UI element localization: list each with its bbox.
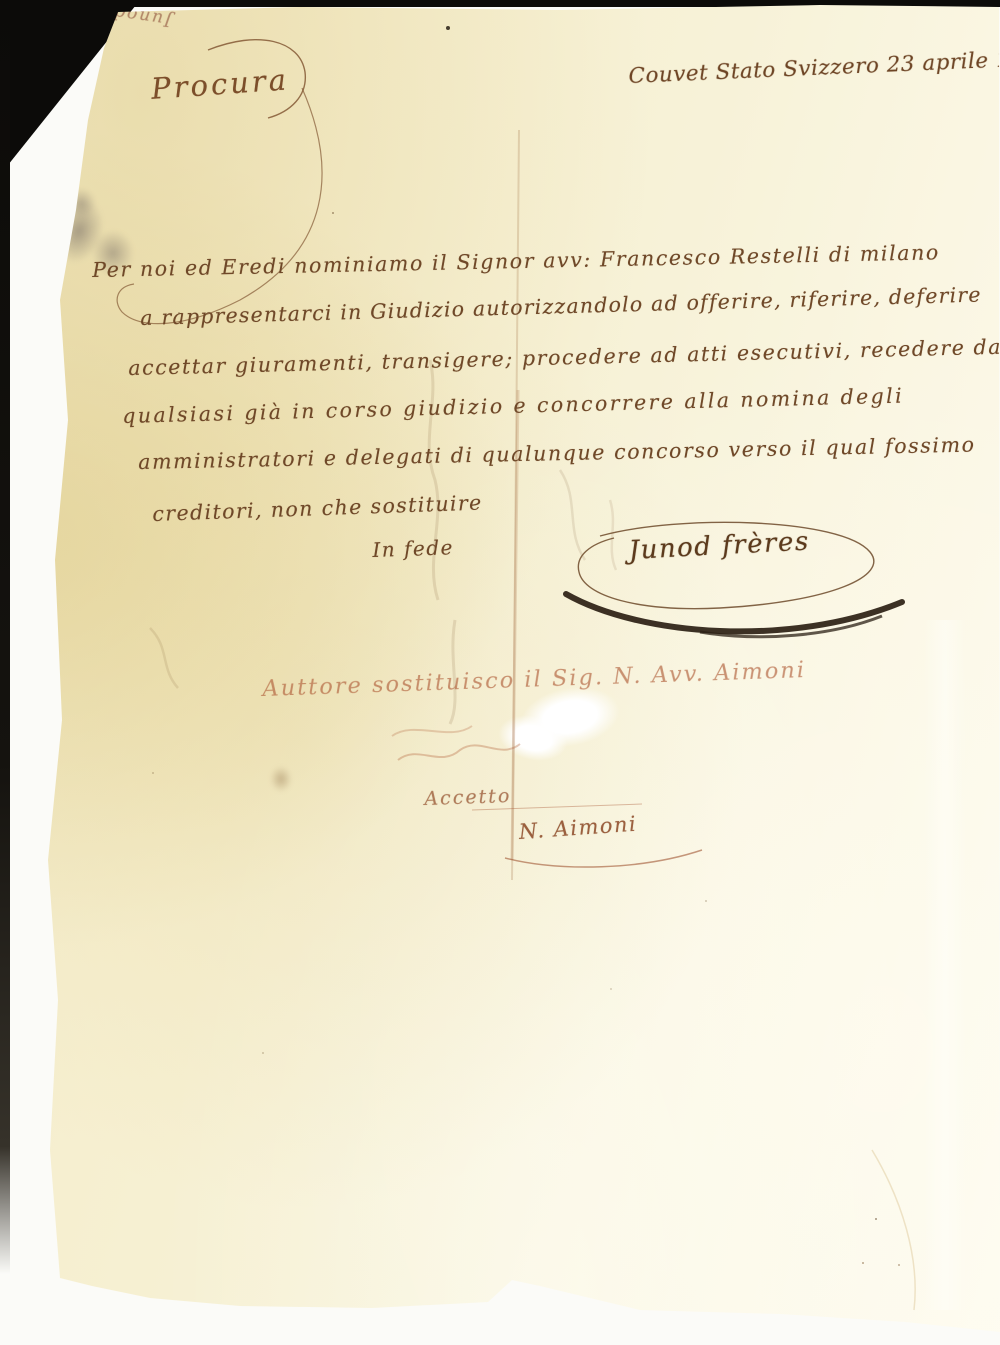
acceptance-note: Accetto [424, 785, 512, 810]
signature-underline-stroke [700, 616, 882, 637]
bleedthrough-mark [150, 628, 178, 688]
dateline: Couvet Stato Svizzero 23 aprile 1844 [628, 45, 1000, 88]
faded-scribble [392, 726, 472, 736]
signature-aimoni: N. Aimoni [518, 812, 638, 844]
bleedthrough-mark [610, 500, 616, 570]
pencil-mark [28, 158, 40, 176]
signature-junod-freres: Junod frères [628, 527, 810, 566]
paper-sheet: Junod Procura Couvet Stato Svizzero 23 a… [0, 0, 1000, 1345]
heading-procura: Procura [150, 62, 290, 106]
stain [66, 188, 96, 218]
body-line: qualsiasi già in corso giudizio e concor… [122, 384, 904, 428]
signature-underline-stroke [566, 594, 902, 631]
closing-in-fede: In fede [372, 535, 454, 562]
fold-band [924, 620, 966, 1310]
scanner-edge-left [0, 0, 10, 1274]
body-line: amministratori e delegati di qualunque c… [138, 432, 976, 474]
body-line: accettar giuramenti, transigere; procede… [128, 335, 1000, 380]
fold-line [872, 1150, 915, 1310]
aimoni-underline [505, 850, 702, 867]
bleedthrough-mark [560, 470, 585, 560]
stain [270, 766, 292, 792]
body-line: a rappresentarci in Giudizio autorizzand… [140, 282, 982, 329]
body-line: Per noi ed Eredi nominiamo il Signor avv… [92, 240, 940, 282]
body-line: creditori, non che sostituire [152, 490, 483, 526]
document-scan: Junod Procura Couvet Stato Svizzero 23 a… [0, 0, 1000, 1345]
procura-flourish [117, 88, 322, 324]
crease-line [512, 130, 519, 880]
pencil-mark [30, 181, 41, 196]
